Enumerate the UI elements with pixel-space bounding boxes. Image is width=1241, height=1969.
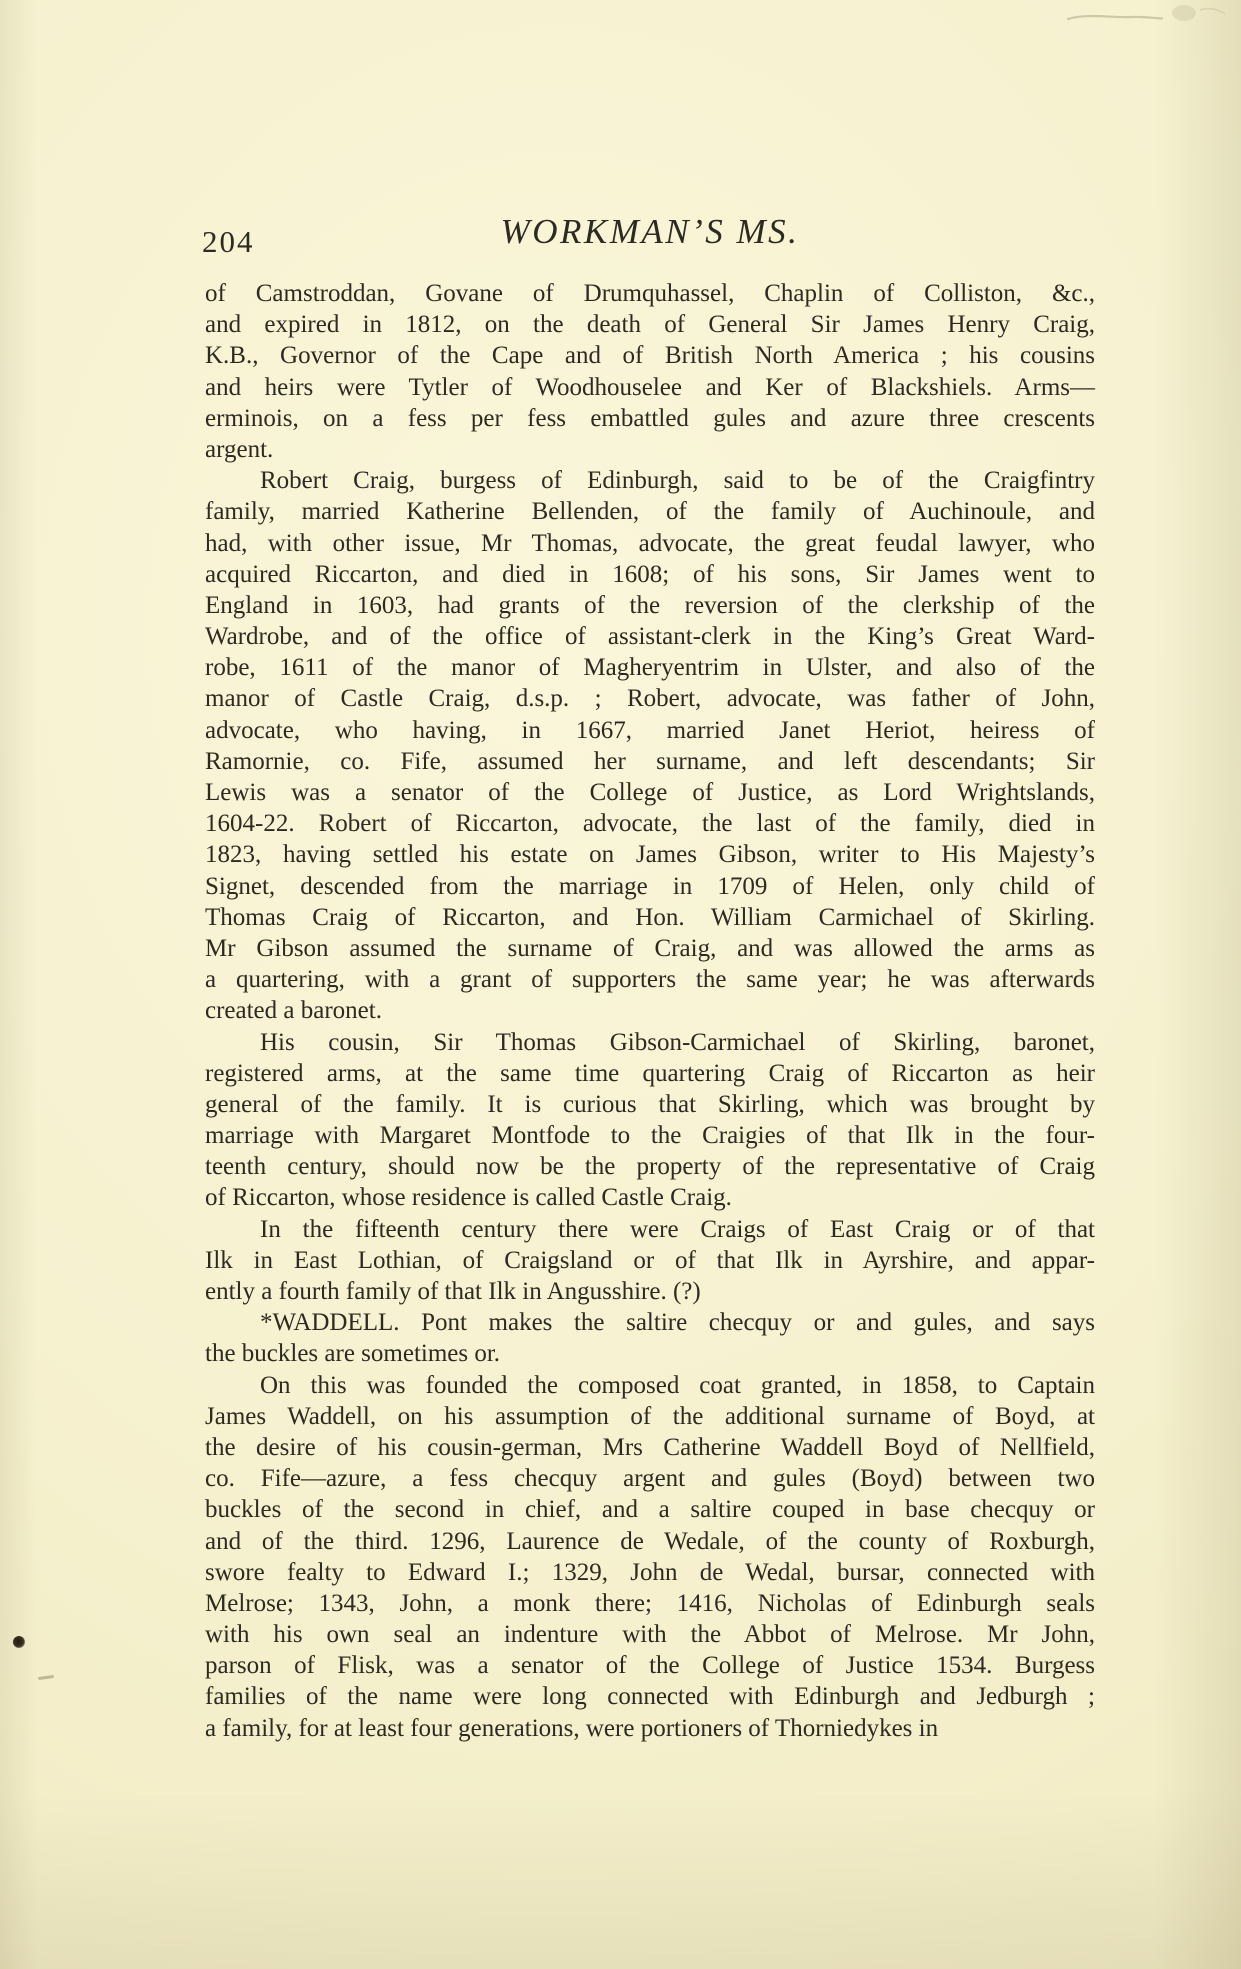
text-line: co. Fife—azure, a fess checquy argent an… <box>205 1463 1095 1494</box>
ink-dot-icon <box>13 1636 25 1648</box>
text-line: 1604-22. Robert of Riccarton, advocate, … <box>205 808 1095 839</box>
text-line: buckles of the second in chief, and a sa… <box>205 1494 1095 1525</box>
text-line: marriage with Margaret Montfode to the C… <box>205 1120 1095 1151</box>
text-line: and expired in 1812, on the death of Gen… <box>205 309 1095 340</box>
text-line: of Riccarton, whose residence is called … <box>205 1182 1095 1213</box>
text-line: the buckles are sometimes or. <box>205 1338 1095 1369</box>
text-line: had, with other issue, Mr Thomas, advoca… <box>205 528 1095 559</box>
text-line: family, married Katherine Bellenden, of … <box>205 496 1095 527</box>
text-line: of Camstroddan, Govane of Drumquhassel, … <box>205 278 1095 309</box>
text-line: England in 1603, had grants of the rever… <box>205 590 1095 621</box>
text-block: of Camstroddan, Govane of Drumquhassel, … <box>205 278 1095 1744</box>
text-line: a quartering, with a grant of supporters… <box>205 964 1095 995</box>
text-line: robe, 1611 of the manor of Magheryentrim… <box>205 652 1095 683</box>
text-line: parson of Flisk, was a senator of the Co… <box>205 1650 1095 1681</box>
book-page: 204 WORKMAN’S MS. of Camstroddan, Govane… <box>0 0 1241 1969</box>
text-line: Melrose; 1343, John, a monk there; 1416,… <box>205 1588 1095 1619</box>
text-line: Robert Craig, burgess of Edinburgh, said… <box>205 465 1095 496</box>
text-line: and heirs were Tytler of Woodhouselee an… <box>205 372 1095 403</box>
text-line: acquired Riccarton, and died in 1608; of… <box>205 559 1095 590</box>
text-line: Mr Gibson assumed the surname of Craig, … <box>205 933 1095 964</box>
text-line: general of the family. It is curious tha… <box>205 1089 1095 1120</box>
text-line: Thomas Craig of Riccarton, and Hon. Will… <box>205 902 1095 933</box>
text-line: His cousin, Sir Thomas Gibson-Carmichael… <box>205 1027 1095 1058</box>
running-title: WORKMAN’S MS. <box>205 212 1095 252</box>
text-line: James Waddell, on his assumption of the … <box>205 1401 1095 1432</box>
text-line: families of the name were long connected… <box>205 1681 1095 1712</box>
text-line: On this was founded the composed coat gr… <box>205 1370 1095 1401</box>
text-line: Ilk in East Lothian, of Craigsland or of… <box>205 1245 1095 1276</box>
text-line: argent. <box>205 434 1095 465</box>
smudge-icon <box>38 1675 54 1680</box>
text-line: teenth century, should now be the proper… <box>205 1151 1095 1182</box>
text-line: ently a fourth family of that Ilk in Ang… <box>205 1276 1095 1307</box>
text-line: Wardrobe, and of the office of assistant… <box>205 621 1095 652</box>
text-line: a family, for at least four generations,… <box>205 1713 1095 1744</box>
text-line: Ramornie, co. Fife, assumed her surname,… <box>205 746 1095 777</box>
text-line: with his own seal an indenture with the … <box>205 1619 1095 1650</box>
text-line: erminois, on a fess per fess embattled g… <box>205 403 1095 434</box>
text-line: *WADDELL. Pont makes the saltire checquy… <box>205 1307 1095 1338</box>
text-line: and of the third. 1296, Laurence de Weda… <box>205 1526 1095 1557</box>
text-line: Signet, descended from the marriage in 1… <box>205 871 1095 902</box>
text-line: K.B., Governor of the Cape and of Britis… <box>205 340 1095 371</box>
text-line: 1823, having settled his estate on James… <box>205 839 1095 870</box>
text-line: swore fealty to Edward I.; 1329, John de… <box>205 1557 1095 1588</box>
text-line: In the fifteenth century there were Crai… <box>205 1214 1095 1245</box>
text-line: the desire of his cousin-german, Mrs Cat… <box>205 1432 1095 1463</box>
text-line: Lewis was a senator of the College of Ju… <box>205 777 1095 808</box>
pencil-mark-icon <box>1062 2 1237 52</box>
text-line: manor of Castle Craig, d.s.p. ; Robert, … <box>205 683 1095 714</box>
text-line: advocate, who having, in 1667, married J… <box>205 715 1095 746</box>
text-line: created a baronet. <box>205 995 1095 1026</box>
text-line: registered arms, at the same time quarte… <box>205 1058 1095 1089</box>
